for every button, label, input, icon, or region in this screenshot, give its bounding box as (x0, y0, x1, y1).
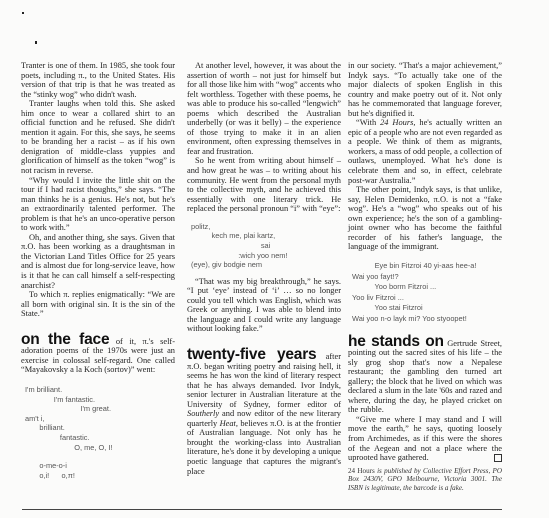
column-2: At another level, however, it was about … (187, 61, 341, 476)
poem-line: Eye bin Fitzroi 40 yi-aas hee-a! (352, 261, 502, 272)
section-lead-paragraph: on the face of it, π.'s self-adoration p… (21, 333, 175, 375)
section-lead-paragraph: twenty-five years after π.O. began writi… (187, 348, 341, 476)
bottom-rule (22, 509, 502, 510)
poem-line: fantastic. (25, 433, 175, 443)
poem-line: am't i, (25, 414, 175, 424)
poem-line: o,i! o,π! (25, 471, 175, 481)
publication-credit: 24 Hours is published by Collective Effo… (348, 467, 502, 493)
poem-line: Wai yoo fayt!? (352, 272, 502, 283)
poem-line: o-me-o-i (25, 461, 175, 471)
paragraph: To which π. replies enigmatically: “We a… (21, 290, 175, 319)
poem-line: Yoo borm Fitzroi ... (352, 282, 502, 293)
paragraph: The other point, Indyk says, is that unl… (348, 185, 502, 252)
scan-speck (35, 41, 37, 44)
section-heading: he stands on (348, 333, 444, 350)
scan-speck (22, 12, 24, 14)
end-of-article-box-icon (494, 454, 502, 462)
poem-line (25, 452, 175, 461)
poem-line: (eye), giv bodgie nem (191, 260, 341, 270)
paragraph: Tranter laughs when told this. She asked… (21, 99, 175, 175)
poem-line: I'm brilliant. (25, 385, 175, 395)
poem-line: kech me, plai kartz, (191, 231, 341, 241)
poem-line: I'm fantastic. (25, 395, 175, 405)
poem-line: O, me, O, I! (25, 443, 175, 453)
paragraph: Oh, and another thing, she says. Given t… (21, 233, 175, 290)
paragraph: in our society. “That's a major achievem… (348, 61, 502, 118)
section-heading: on the face (21, 331, 109, 348)
paragraph: So he went from writing about himself – … (187, 156, 341, 213)
column-3: in our society. “That's a major achievem… (348, 61, 502, 492)
poem-line: I'm great. (25, 404, 175, 414)
paragraph: Tranter is one of them. In 1985, she too… (21, 61, 175, 99)
poem-line: Wai yoo n-o layk mi? Yoo styoopet! (352, 314, 502, 325)
poem-lengwich: politz, kech me, plai kartz, sai :wich y… (191, 222, 341, 270)
poem-line: Yoo liv Fitzroi ... (352, 293, 502, 304)
poem-mayakovsky: I'm brilliant. I'm fantastic. I'm great.… (21, 385, 175, 480)
paragraph: “Why would I invite the little shit on t… (21, 176, 175, 233)
paragraph: “With 24 Hours, he's actually written an… (348, 118, 502, 185)
section-lead-paragraph: he stands on Gertrude Street, pointing o… (348, 335, 502, 415)
section-heading: twenty-five years (187, 346, 316, 363)
poem-fitzroi: Eye bin Fitzroi 40 yi-aas hee-a! Wai yoo… (352, 261, 502, 325)
poem-line: brilliant. (25, 423, 175, 433)
paragraph: At another level, however, it was about … (187, 61, 341, 156)
poem-line: politz, (191, 222, 341, 232)
column-1: Tranter is one of them. In 1985, she too… (21, 61, 175, 480)
poem-line: :wich yoo nem! (191, 251, 341, 261)
poem-line: Yoo stai Fitzroi (352, 303, 502, 314)
poem-line: sai (191, 241, 341, 251)
paragraph: “That was my big breakthrough,” he says.… (187, 277, 341, 334)
paragraph: “Give me where I may stand and I will mo… (348, 415, 502, 463)
